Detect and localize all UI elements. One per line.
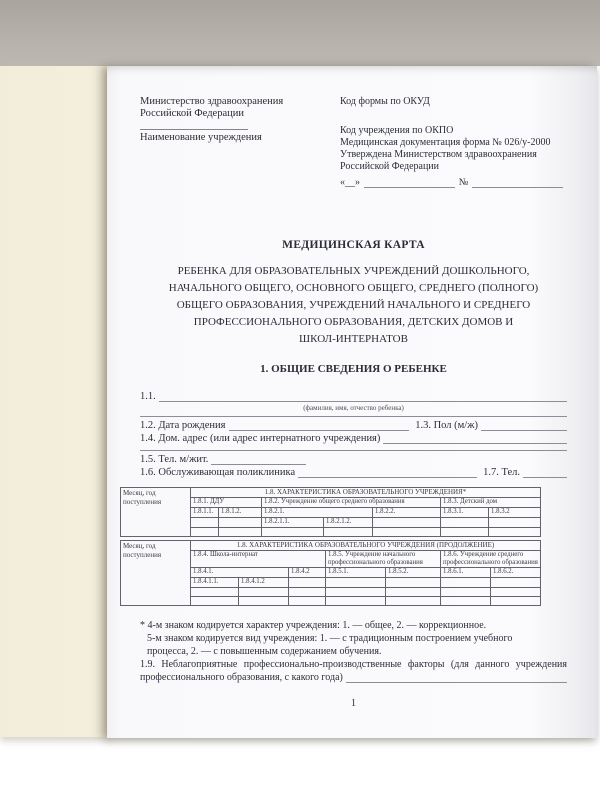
cell-1-8-6-1: 1.8.6.1. bbox=[441, 568, 491, 578]
field-1-1-caption: (фамилия, имя, отчество ребенка) bbox=[140, 404, 567, 412]
table1-row-label: Месяц, год поступления bbox=[121, 488, 191, 537]
field-row-phone: 1.5. Тел. м/жит. bbox=[140, 453, 567, 466]
empty-cell bbox=[491, 578, 541, 588]
cell-1-8-1-1: 1.8.1.1. bbox=[191, 508, 219, 518]
cell-1-8-2-1-2: 1.8.2.1.2. bbox=[324, 518, 373, 528]
approval-date-row: «__» № bbox=[340, 177, 567, 189]
field-1-4-blank-line bbox=[383, 432, 567, 444]
entry-cell bbox=[239, 588, 289, 597]
field-1-4-continuation-line bbox=[140, 450, 567, 451]
document-page: Министерство здравоохранения Российской … bbox=[107, 66, 597, 738]
cell-1-8-2-2: 1.8.2.2. bbox=[373, 508, 441, 518]
empty-cell bbox=[191, 518, 219, 528]
table2-row-label: Месяц, год поступления bbox=[121, 541, 191, 606]
cell-1-8-4-1-1: 1.8.4.1.1. bbox=[191, 578, 239, 588]
empty-cell bbox=[441, 578, 491, 588]
cell-1-8-5-1: 1.8.5.1. bbox=[326, 568, 386, 578]
cell-1-8-4-1: 1.8.4.1. bbox=[191, 568, 289, 578]
field-1-6-label: 1.6. Обслуживающая поликлиника bbox=[140, 466, 295, 479]
field-1-2-blank-line bbox=[229, 419, 410, 431]
cell-1-8-4-2: 1.8.4.2 bbox=[289, 568, 326, 578]
table-institution-characteristic-continued: Месяц, год поступления 1.8. ХАРАКТЕРИСТИ… bbox=[120, 540, 541, 606]
field-1-6-blank-line bbox=[298, 466, 477, 478]
empty-cell bbox=[441, 518, 489, 528]
field-1-5-blank-line bbox=[211, 453, 306, 465]
date-blank-line bbox=[364, 187, 455, 188]
footnote-block: * 4-м знаком кодируется характер учрежде… bbox=[140, 619, 567, 684]
entry-cell bbox=[289, 588, 326, 597]
entry-cell bbox=[262, 528, 324, 537]
field-1-3-label: 1.3. Пол (м/ж) bbox=[415, 419, 478, 432]
entry-cell bbox=[219, 528, 262, 537]
okpo-code-label: Код учреждения по ОКПО bbox=[340, 125, 567, 137]
table1-header: 1.8. ХАРАКТЕРИСТИКА ОБРАЗОВАТЕЛЬНОГО УЧР… bbox=[191, 488, 541, 498]
cell-1-8-3-1: 1.8.3.1. bbox=[441, 508, 489, 518]
empty-cell bbox=[219, 518, 262, 528]
field-1-5-label: 1.5. Тел. м/жит. bbox=[140, 453, 208, 466]
field-1-1-name: 1.1. bbox=[140, 390, 567, 403]
header-left-block: Министерство здравоохранения Российской … bbox=[140, 96, 340, 189]
field-1-2-label: 1.2. Дата рождения bbox=[140, 419, 226, 432]
cell-1-8-5-2: 1.8.5.2. bbox=[386, 568, 441, 578]
cell-1-8-1-2: 1.8.1.2. bbox=[219, 508, 262, 518]
entry-cell bbox=[491, 597, 541, 606]
header-right-block: Код формы по ОКУД Код учреждения по ОКПО… bbox=[340, 96, 567, 189]
photo-background-surface bbox=[0, 0, 600, 66]
approval-statement: Утверждена Министерством здравоохранения… bbox=[340, 149, 567, 173]
field-row-clinic: 1.6. Обслуживающая поликлиника 1.7. Тел. bbox=[140, 466, 567, 479]
institution-name-blank-line bbox=[140, 120, 248, 130]
entry-cell bbox=[373, 528, 441, 537]
entry-cell bbox=[326, 588, 386, 597]
entry-cell bbox=[491, 588, 541, 597]
cell-1-8-6: 1.8.6. Учреждение среднего профессиональ… bbox=[441, 551, 541, 568]
page-content: Министерство здравоохранения Российской … bbox=[140, 66, 567, 710]
ministry-name: Министерство здравоохранения Российской … bbox=[140, 96, 340, 120]
entry-cell bbox=[441, 588, 491, 597]
field-1-9-label-line2: профессионального образования, с какого … bbox=[140, 671, 343, 684]
empty-cell bbox=[489, 518, 541, 528]
entry-cell bbox=[289, 597, 326, 606]
field-row-birthdate-sex: 1.2. Дата рождения 1.3. Пол (м/ж) bbox=[140, 419, 567, 432]
field-1-7-blank-line bbox=[523, 466, 567, 478]
number-sign: № bbox=[459, 177, 469, 189]
booklet-cover-edge bbox=[0, 66, 110, 737]
date-quote-marks: «__» bbox=[340, 177, 360, 189]
cell-1-8-6-2: 1.8.6.2. bbox=[491, 568, 541, 578]
form-number-label: Медицинская документация форма № 026/у-2… bbox=[340, 137, 567, 149]
field-1-7-label: 1.7. Тел. bbox=[483, 466, 520, 479]
entry-cell bbox=[386, 588, 441, 597]
cell-1-8-1: 1.8.1. ДДУ bbox=[191, 498, 262, 508]
document-subtitle: РЕБЕНКА ДЛЯ ОБРАЗОВАТЕЛЬНЫХ УЧРЕЖДЕНИЙ Д… bbox=[140, 263, 567, 348]
entry-cell bbox=[386, 597, 441, 606]
field-1-9-blank-line bbox=[346, 671, 567, 683]
entry-cell bbox=[441, 597, 491, 606]
field-row-address: 1.4. Дом. адрес (или адрес интернатного … bbox=[140, 432, 567, 445]
section-1-title: 1. ОБЩИЕ СВЕДЕНИЯ О РЕБЕНКЕ bbox=[140, 363, 567, 376]
entry-cell bbox=[489, 528, 541, 537]
document-title: МЕДИЦИНСКАЯ КАРТА bbox=[140, 239, 567, 252]
table-institution-characteristic: Месяц, год поступления 1.8. ХАРАКТЕРИСТИ… bbox=[120, 487, 541, 537]
cell-1-8-2-1: 1.8.2.1. bbox=[262, 508, 373, 518]
entry-cell bbox=[239, 597, 289, 606]
form-header: Министерство здравоохранения Российской … bbox=[140, 96, 567, 189]
page-number: 1 bbox=[140, 697, 567, 710]
cell-1-8-4: 1.8.4. Школа-интернат bbox=[191, 551, 326, 568]
field-1-9-row: профессионального образования, с какого … bbox=[140, 671, 567, 684]
field-1-9-label-line1: 1.9. Неблагоприятные профессионально-про… bbox=[140, 658, 567, 671]
entry-cell bbox=[324, 528, 373, 537]
field-1-4-label: 1.4. Дом. адрес (или адрес интернатного … bbox=[140, 432, 380, 445]
cell-1-8-2: 1.8.2. Учреждение общего среднего образо… bbox=[262, 498, 441, 508]
number-blank-line bbox=[472, 187, 563, 188]
entry-cell bbox=[441, 528, 489, 537]
field-1-1-continuation-line bbox=[140, 416, 567, 417]
empty-cell bbox=[326, 578, 386, 588]
cell-1-8-3: 1.8.3. Детский дом bbox=[441, 498, 541, 508]
field-1-1-blank-line bbox=[159, 390, 567, 402]
empty-cell bbox=[289, 578, 326, 588]
okud-code-label: Код формы по ОКУД bbox=[340, 96, 567, 108]
empty-cell bbox=[386, 578, 441, 588]
entry-cell bbox=[191, 597, 239, 606]
cell-1-8-2-1-1: 1.8.2.1.1. bbox=[262, 518, 324, 528]
entry-cell bbox=[191, 588, 239, 597]
footnote-line-1: * 4-м знаком кодируется характер учрежде… bbox=[140, 619, 567, 632]
cell-1-8-3-2: 1.8.3.2 bbox=[489, 508, 541, 518]
entry-cell bbox=[191, 528, 219, 537]
entry-cell bbox=[326, 597, 386, 606]
institution-name-label: Наименование учреждения bbox=[140, 132, 340, 144]
field-1-1-label: 1.1. bbox=[140, 390, 156, 403]
table2-header: 1.8. ХАРАКТЕРИСТИКА ОБРАЗОВАТЕЛЬНОГО УЧР… bbox=[191, 541, 541, 551]
field-1-3-blank-line bbox=[481, 419, 567, 431]
cell-1-8-4-1-2: 1.8.4.1.2 bbox=[239, 578, 289, 588]
empty-cell bbox=[373, 518, 441, 528]
cell-1-8-5: 1.8.5. Учреждение начального профессиона… bbox=[326, 551, 441, 568]
footnote-lines-2-3: 5-м знаком кодируется вид учреждения: 1.… bbox=[140, 632, 567, 658]
